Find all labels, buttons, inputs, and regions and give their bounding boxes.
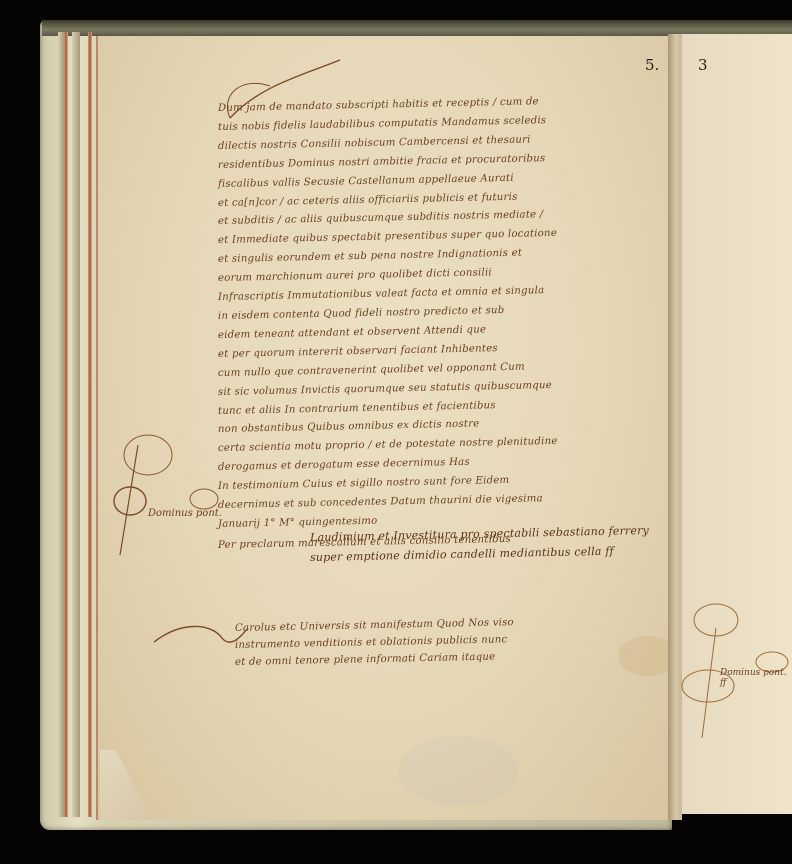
page-stack-edge: [72, 32, 80, 817]
folio-number-right: 3: [698, 56, 708, 74]
right-signature-flourish: [672, 588, 792, 738]
right-signature: Dominus pont. ff: [720, 668, 792, 688]
red-edge: [88, 32, 92, 817]
lower-entry: Carolus etc Universis sit manifestum Quo…: [235, 620, 675, 671]
main-text: Dum jam de mandato subscripti habitis et…: [218, 100, 668, 556]
left-signature-flourish: [108, 425, 228, 565]
left-signature: Dominus pont.: [148, 508, 222, 519]
folio-number-left: 5.: [645, 56, 659, 74]
grant-heading: Laudimium et Investitura pro spectabili …: [310, 528, 680, 568]
red-edge: [64, 32, 68, 817]
